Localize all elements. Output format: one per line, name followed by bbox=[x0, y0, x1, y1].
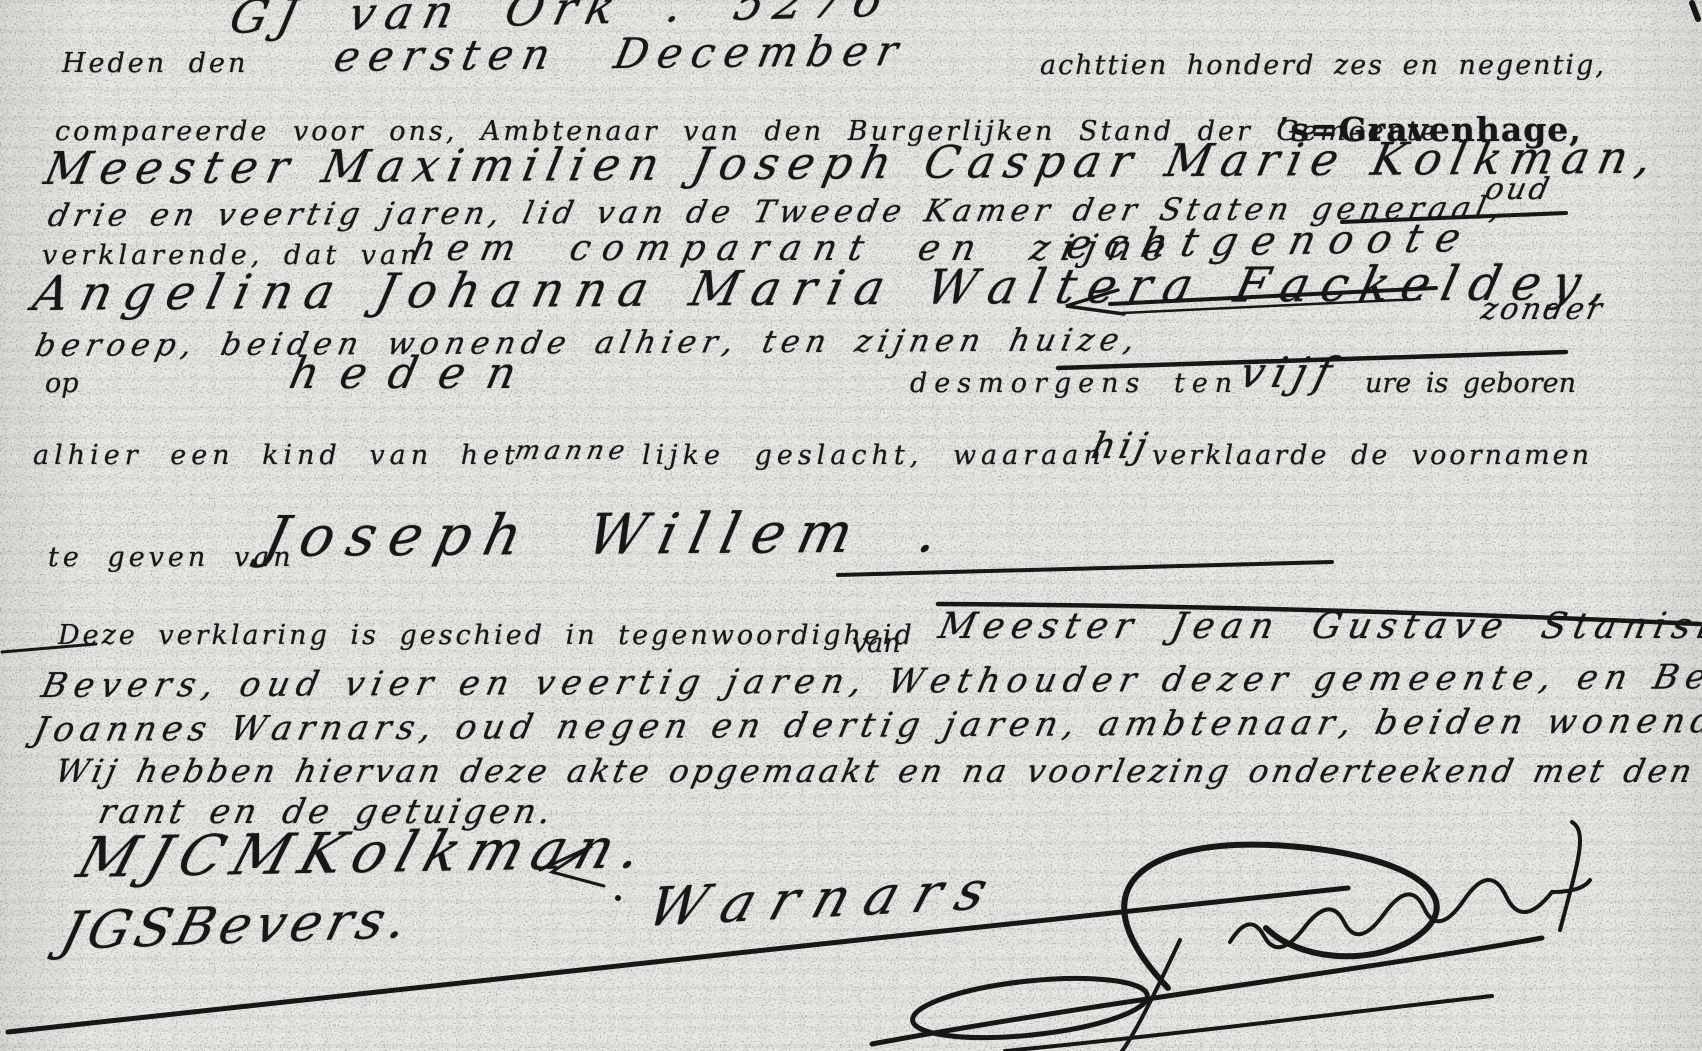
witness1-details: Bevers, oud vier en veertig jaren, Wetho… bbox=[38, 656, 1702, 706]
registrar-signature-tail bbox=[1230, 880, 1590, 947]
printed-op: op bbox=[45, 368, 79, 399]
printed-van: van bbox=[852, 628, 901, 659]
kolkman-signature-dot bbox=[615, 895, 621, 901]
registrar-flourish-line-2 bbox=[1005, 996, 1492, 1051]
handwritten-heden: heden bbox=[285, 348, 543, 399]
declarant-name: Meester Maximilien Joseph Caspar Marie K… bbox=[40, 131, 1665, 195]
signature-bevers: JGSBevers. bbox=[55, 890, 419, 962]
registrar-signature-ascender bbox=[1560, 822, 1580, 930]
witness1-name: Meester Jean Gustave Stanislaus bbox=[935, 606, 1702, 647]
residence-line: beroep, beiden wonende alhier, ten zijne… bbox=[32, 322, 1144, 364]
registrar-flourish-ellipse bbox=[910, 969, 1150, 1047]
signature-kolkman: MJCMKolkman. bbox=[70, 816, 661, 891]
registrar-signature-descender bbox=[1122, 940, 1180, 1051]
printed-lijke-geslacht: lijke geslacht, waaraan bbox=[642, 440, 1106, 471]
printed-deze-verklaring: Deze verklaring is geschied in tegenwoor… bbox=[58, 620, 915, 651]
registrar-flourish-line-1 bbox=[872, 938, 1542, 1044]
child-name: Joseph Willem . bbox=[258, 500, 958, 570]
printed-verklaarde-voornamen: verklaarde de voornamen bbox=[1152, 440, 1592, 471]
printed-ure-is-geboren: ure is geboren bbox=[1365, 368, 1576, 399]
handwritten-date: eersten December bbox=[330, 26, 911, 81]
signature-warnars: Warnars bbox=[640, 858, 1012, 939]
closing-line-a: Wij hebben hiervan deze akte opgemaakt e… bbox=[52, 752, 1702, 790]
printed-alhier-kind: alhier een kind van het bbox=[33, 440, 520, 471]
witness2-details: Joannes Warnars, oud negen en dertig jar… bbox=[30, 700, 1702, 750]
registrar-signature-loop bbox=[1124, 845, 1437, 988]
handwritten-hour: vijf bbox=[1235, 348, 1345, 397]
birth-record-scan: GJ van Ork . 5276 Heden den eersten Dece… bbox=[0, 0, 1702, 1051]
handwritten-hij: hij bbox=[1088, 426, 1155, 467]
mother-name: Angelina Johanna Maria Waltera Fackeldey… bbox=[28, 255, 1626, 322]
printed-desmorgens: desmorgens ten bbox=[910, 368, 1239, 399]
printed-heden-den: Heden den bbox=[62, 48, 248, 79]
corner-ink-speck bbox=[1692, 3, 1698, 19]
printed-year: achttien honderd zes en negentig, bbox=[1040, 50, 1606, 81]
mother-zonder-word: zonder bbox=[1478, 292, 1608, 327]
handwritten-manne: manne bbox=[512, 436, 632, 466]
